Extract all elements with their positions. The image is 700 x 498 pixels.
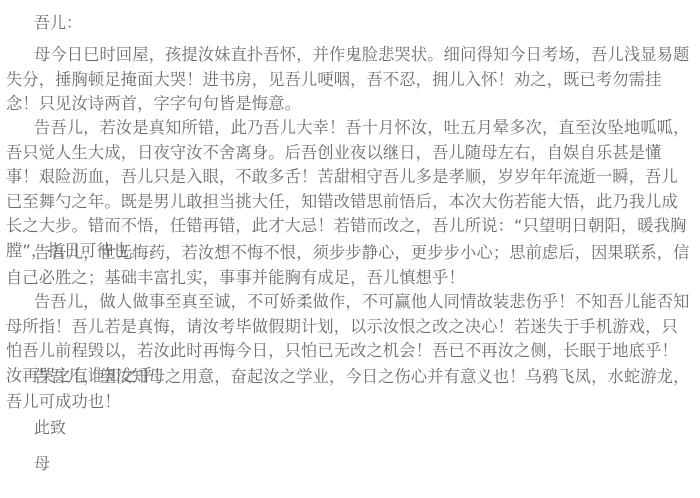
letter-salutation: 吾儿： — [34, 10, 82, 33]
letter-signature: 母 — [34, 451, 50, 474]
letter-paragraph-1: 母今日巳时回屋，孩提汝妹直扑吾怀，并作鬼脸悲哭状。细问得知今日考场，吾儿浅显易题… — [6, 43, 694, 117]
letter-paragraph-3: 告吾儿，世无悔药，若汝想不悔不恨，须步步静心，更步步小心；思前虑后，因果联系，信… — [6, 241, 694, 290]
letter-paragraph-5: 告吾儿，望汝知母之用意，奋起汝之学业，今日之伤心并有意义也！乌鸦飞凤，水蛇游龙，… — [6, 365, 694, 414]
letter-closing: 此致 — [34, 415, 66, 438]
